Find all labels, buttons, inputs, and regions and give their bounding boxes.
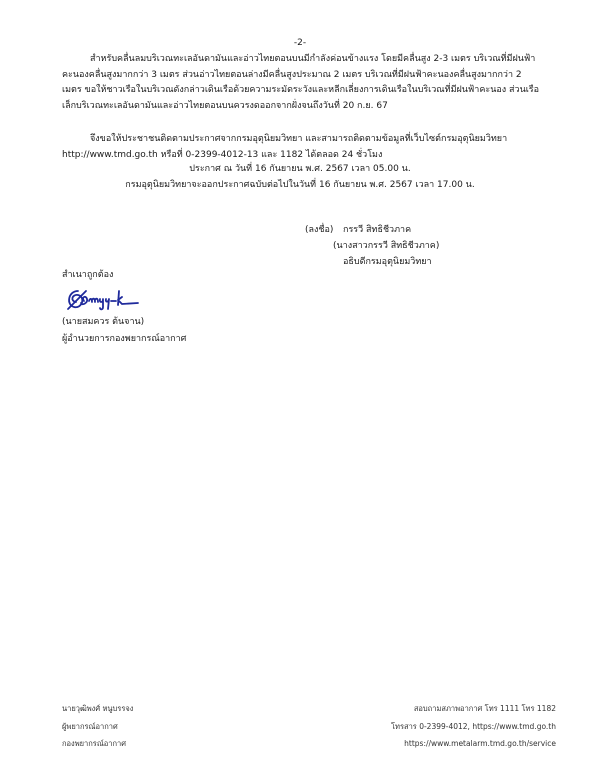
certified-copy-name: (นายสมควร ต้นจาน) <box>62 315 144 329</box>
wave-warning-paragraph: สำหรับคลื่นลมบริเวณทะเลอันดามันและอ่าวไท… <box>62 52 544 114</box>
announcement-date: ประกาศ ณ วันที่ 16 กันยายน พ.ศ. 2567 เวล… <box>0 162 600 176</box>
page-number: -2- <box>0 38 600 48</box>
paragraph-text: จึงขอให้ประชาชนติดตามประกาศจากกรมอุตุนิย… <box>62 134 507 160</box>
document-page: -2- สำหรับคลื่นลมบริเวณทะเลอันดามันและอ่… <box>0 0 600 776</box>
footer-service-link[interactable]: https://www.metalarm.tmd.go.th/service <box>391 735 556 753</box>
footer-contact: สอบถามสภาพอากาศ โทร 1111 โทร 1182 โทรสาร… <box>391 700 556 753</box>
footer-forecaster: นายวุฒิพงศ์ หนูบรรจง ผู้พยากรณ์อากาศ กอง… <box>62 700 133 753</box>
sign-label: (ลงชื่อ) <box>305 222 343 238</box>
footer-forecaster-name: นายวุฒิพงศ์ หนูบรรจง <box>62 700 133 718</box>
certified-copy-position: ผู้อำนวยการกองพยากรณ์อากาศ <box>62 332 186 346</box>
footer-forecaster-title: ผู้พยากรณ์อากาศ <box>62 718 133 736</box>
follow-up-paragraph: จึงขอให้ประชาชนติดตามประกาศจากกรมอุตุนิย… <box>62 132 544 163</box>
footer-division: กองพยากรณ์อากาศ <box>62 735 133 753</box>
signatory-position: อธิบดีกรมอุตุนิยมวิทยา <box>343 254 432 270</box>
paragraph-text: สำหรับคลื่นลมบริเวณทะเลอันดามันและอ่าวไท… <box>62 54 539 111</box>
footer-hotline: สอบถามสภาพอากาศ โทร 1111 โทร 1182 <box>391 700 556 718</box>
footer-fax-website: โทรสาร 0-2399-4012, https://www.tmd.go.t… <box>391 718 556 736</box>
sign-name: กรรวี สิทธิชีวภาค <box>343 225 411 235</box>
next-announcement: กรมอุตุนิยมวิทยาจะออกประกาศฉบับต่อไปในวั… <box>0 178 600 192</box>
signatory-sign-line: (ลงชื่อ)กรรวี สิทธิชีวภาค <box>305 222 411 238</box>
signatory-full-name: (นางสาวกรรวี สิทธิชีวภาค) <box>333 238 439 254</box>
certified-copy-label: สำเนาถูกต้อง <box>62 268 113 282</box>
handwritten-signature-icon <box>64 287 144 313</box>
